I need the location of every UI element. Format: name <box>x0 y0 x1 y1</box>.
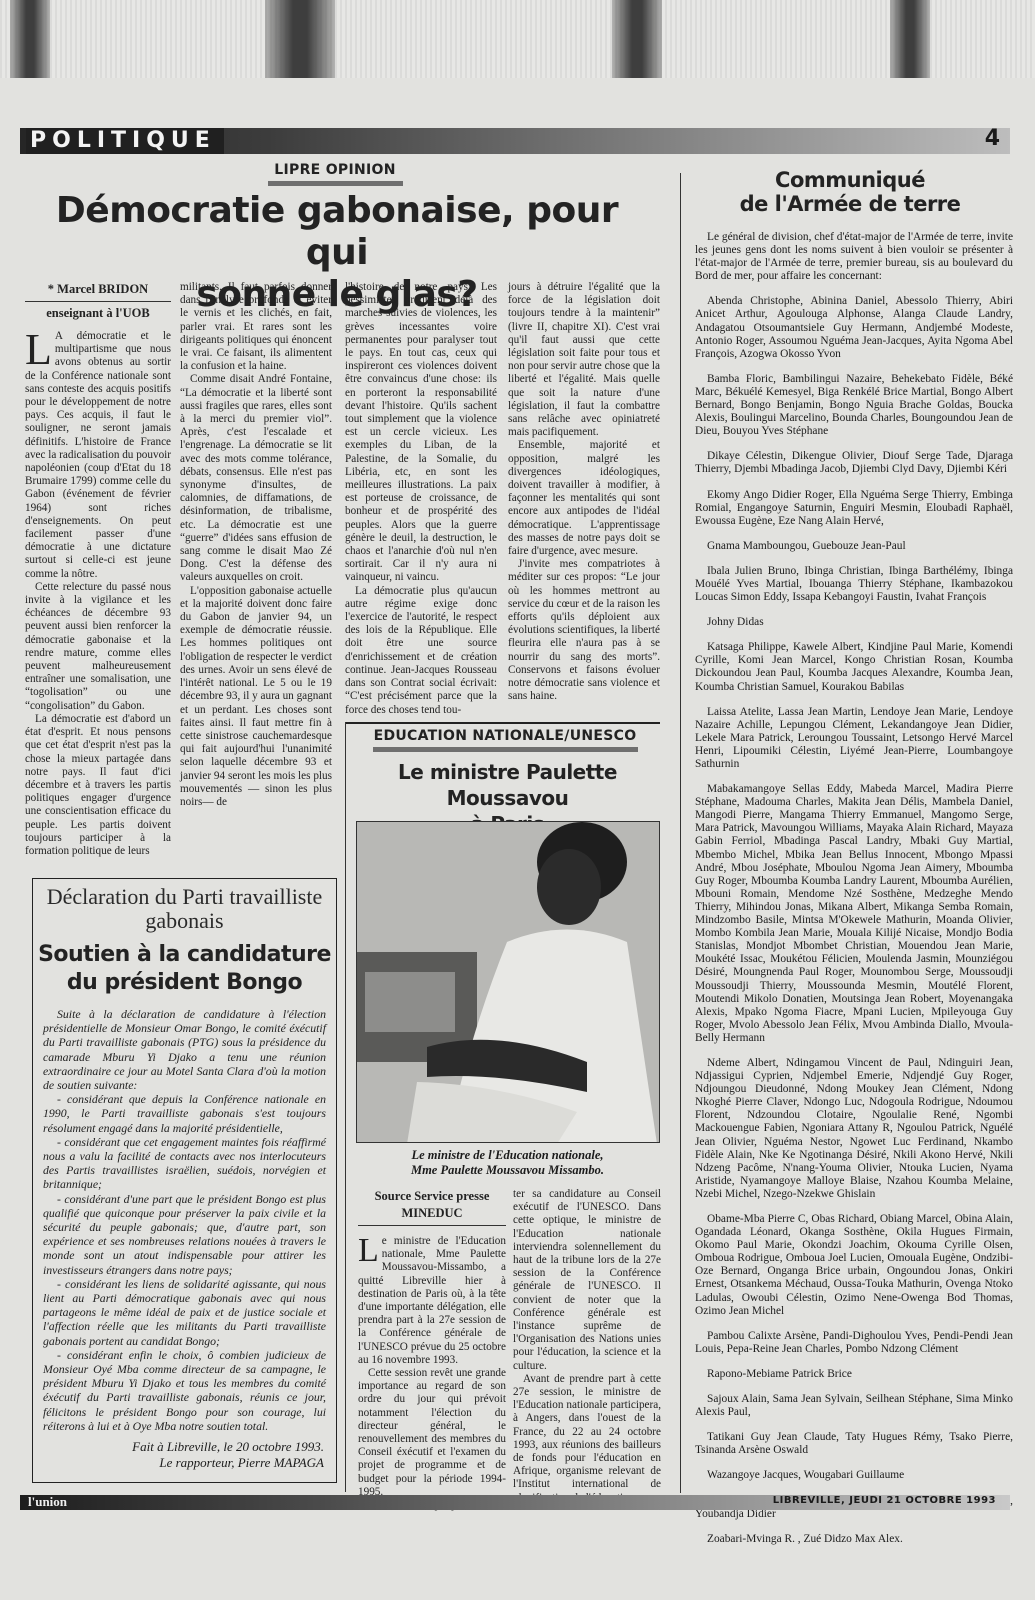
name-group-k: Katsaga Philippe, Kawele Albert, Kindjin… <box>695 641 1013 693</box>
photo-minister <box>356 821 660 1143</box>
paragraph: Cette session revêt une grande importanc… <box>358 1367 506 1499</box>
caption-line2: Mme Paulette Moussavou Missambo. <box>350 1163 665 1178</box>
opinion-column-3: l'histoire de notre pays. Les pessimiste… <box>345 281 497 717</box>
kicker-underline <box>373 747 638 752</box>
unesco-column-1: Source Service presse MINEDUC Le ministr… <box>358 1188 506 1512</box>
paragraph: e ministre de l'Education nationale, Mme… <box>358 1235 506 1366</box>
communique-headline-line2: de l'Armée de terre <box>685 192 1015 216</box>
source-line2: MINEDUC <box>358 1205 506 1222</box>
signature-rapporteur: Le rapporteur, Pierre MAPAGA <box>132 1455 324 1471</box>
paragraph: jours à détruire l'égalité que la force … <box>508 281 660 439</box>
communique-divider <box>680 173 681 1493</box>
paragraph: - considérant les liens de solidarité ag… <box>43 1277 326 1348</box>
author-name: * Marcel BRIDON <box>25 281 171 298</box>
newspaper-page: POLITIQUE 4 LIPRE OPINION Démocratie gab… <box>0 78 1035 1600</box>
page-number: 4 <box>985 126 1000 151</box>
unesco-headline-line1: Le ministre Paulette Moussavou <box>350 759 665 811</box>
source-line1: Source Service presse <box>358 1188 506 1205</box>
paragraph: La démocratie plus qu'aucun autre régime… <box>345 585 497 717</box>
scan-shadow <box>890 0 930 78</box>
name-group-j: Johny Didas <box>695 616 1013 629</box>
paragraph: Suite à la déclaration de candidature à … <box>43 1007 326 1092</box>
declaration-body: Suite à la déclaration de candidature à … <box>43 1007 326 1433</box>
opinion-column-4: jours à détruire l'égalité que la force … <box>508 281 660 704</box>
signature-place-date: Fait à Libreville, le 20 octobre 1993. <box>132 1439 324 1455</box>
declaration-headline-line2: du président Bongo <box>33 969 336 997</box>
name-group-l: Laissa Atelite, Lassa Jean Martin, Lendo… <box>695 706 1013 771</box>
section-banner: POLITIQUE <box>20 128 1010 154</box>
communique-body: Le général de division, chef d'état-majo… <box>695 231 1013 1558</box>
source-rule <box>358 1225 506 1226</box>
photo-caption: Le ministre de l'Education nationale, Mm… <box>350 1148 665 1178</box>
name-group-b: Bamba Floric, Bambilingui Nazaire, Behek… <box>695 373 1013 438</box>
paragraph: Avant de prendre part à cette 27e sessio… <box>513 1373 661 1505</box>
communique-intro: Le général de division, chef d'état-majo… <box>695 231 1013 283</box>
scan-margin-top <box>0 0 1035 78</box>
name-group-d: Dikaye Célestin, Dikengue Olivier, Diouf… <box>695 450 1013 476</box>
unesco-kicker-text: EDUCATION NATIONALE/UNESCO <box>374 728 637 744</box>
declaration-box: Déclaration du Parti travailliste gabona… <box>32 878 337 1483</box>
paragraph: militants. Il faut parfois donner dans l… <box>180 281 332 373</box>
byline-rule <box>25 301 171 302</box>
paragraph: J'invite mes compatriotes à méditer sur … <box>508 558 660 703</box>
paragraph: - considérant que depuis la Conférence n… <box>43 1092 326 1135</box>
communique-headline-line1: Communiqué <box>685 168 1015 192</box>
communique-headline: Communiqué de l'Armée de terre <box>685 168 1015 216</box>
unesco-left-rule <box>345 722 346 1492</box>
opinion-kicker-text: LIPRE OPINION <box>274 162 395 178</box>
name-group-r: Rapono-Mebiame Patrick Brice <box>695 1368 1013 1381</box>
unesco-top-rule <box>345 722 660 724</box>
newspaper-brand: l'union <box>28 1494 67 1510</box>
paragraph: ter sa candidature au Conseil exécutif d… <box>513 1188 661 1373</box>
paragraph: La démocratie est d'abord un état d'espr… <box>25 713 171 858</box>
kicker-underline <box>268 181 403 186</box>
paragraph: Comme disait André Fontaine, “La démocra… <box>180 373 332 584</box>
paragraph: - considérant que cet engagement maintes… <box>43 1135 326 1192</box>
unesco-kicker: EDUCATION NATIONALE/UNESCO <box>360 728 650 752</box>
paragraph: Cette relecture du passé nous invite à l… <box>25 581 171 713</box>
declaration-title: Déclaration du Parti travailliste gabona… <box>33 885 336 933</box>
author-role: enseignant à l'UOB <box>25 305 171 322</box>
declaration-title-line2: gabonais <box>33 909 336 933</box>
paragraph: - considérant enfin le choix, ô combien … <box>43 1348 326 1433</box>
dropcap: L <box>358 1237 379 1265</box>
paragraph: l'histoire de notre pays. Les pessimiste… <box>345 281 497 585</box>
opinion-headline-line1: Démocratie gabonaise, pour qui <box>22 190 652 274</box>
name-group-w: Wazangoye Jacques, Wougabari Guillaume <box>695 1469 1013 1482</box>
scan-shadow <box>265 0 335 78</box>
byline: * Marcel BRIDON enseignant à l'UOB <box>25 281 171 322</box>
name-group-g: Gnama Mamboungou, Guebouze Jean-Paul <box>695 540 1013 553</box>
name-group-a: Abenda Christophe, Abinina Daniel, Abess… <box>695 295 1013 360</box>
scan-shadow <box>10 0 50 78</box>
paragraph: - considérant d'une part que le présiden… <box>43 1192 326 1277</box>
paragraph: L'opposition gabonaise actuelle et la ma… <box>180 585 332 809</box>
name-group-s: Sajoux Alain, Sama Jean Sylvain, Seilhea… <box>695 1393 1013 1419</box>
name-group-i: Ibala Julien Bruno, Ibinga Christian, Ib… <box>695 565 1013 604</box>
opinion-kicker: LIPRE OPINION <box>255 162 415 186</box>
name-group-p: Pambou Calixte Arsène, Pandi-Dighoulou Y… <box>695 1330 1013 1356</box>
declaration-title-line1: Déclaration du Parti travailliste <box>33 885 336 909</box>
name-group-t: Tatikani Guy Jean Claude, Taty Hugues Ré… <box>695 1431 1013 1457</box>
declaration-headline-line1: Soutien à la candidature <box>33 941 336 969</box>
name-group-m: Mabakamangoye Sellas Eddy, Mabeda Marcel… <box>695 783 1013 1045</box>
unesco-column-2: ter sa candidature au Conseil exécutif d… <box>513 1188 661 1505</box>
paragraph: Ensemble, majorité et opposition, malgré… <box>508 439 660 558</box>
name-group-n: Ndeme Albert, Ndingamou Vincent de Paul,… <box>695 1057 1013 1201</box>
declaration-headline: Soutien à la candidature du président Bo… <box>33 941 336 997</box>
dropcap: L <box>25 332 52 368</box>
opinion-column-2: militants. Il faut parfois donner dans l… <box>180 281 332 809</box>
declaration-signature: Fait à Libreville, le 20 octobre 1993. L… <box>132 1439 324 1471</box>
name-group-z: Zoabari-Mvinga R. , Zué Didzo Max Alex. <box>695 1533 1013 1546</box>
name-group-o: Obame-Mba Pierre C, Obas Richard, Obiang… <box>695 1213 1013 1318</box>
footer-bar: l'union LIBREVILLE, JEUDI 21 OCTOBRE 199… <box>20 1495 1010 1510</box>
issue-date: LIBREVILLE, JEUDI 21 OCTOBRE 1993 <box>773 1495 996 1506</box>
section-label: POLITIQUE <box>26 128 224 154</box>
opinion-column-1: * Marcel BRIDON enseignant à l'UOB LA dé… <box>25 281 171 858</box>
scan-shadow <box>612 0 662 78</box>
name-group-e: Ekomy Ango Didier Roger, Ella Nguéma Ser… <box>695 489 1013 528</box>
minister-photo-illustration <box>357 822 660 1143</box>
caption-line1: Le ministre de l'Education nationale, <box>350 1148 665 1163</box>
unesco-source: Source Service presse MINEDUC <box>358 1188 506 1226</box>
